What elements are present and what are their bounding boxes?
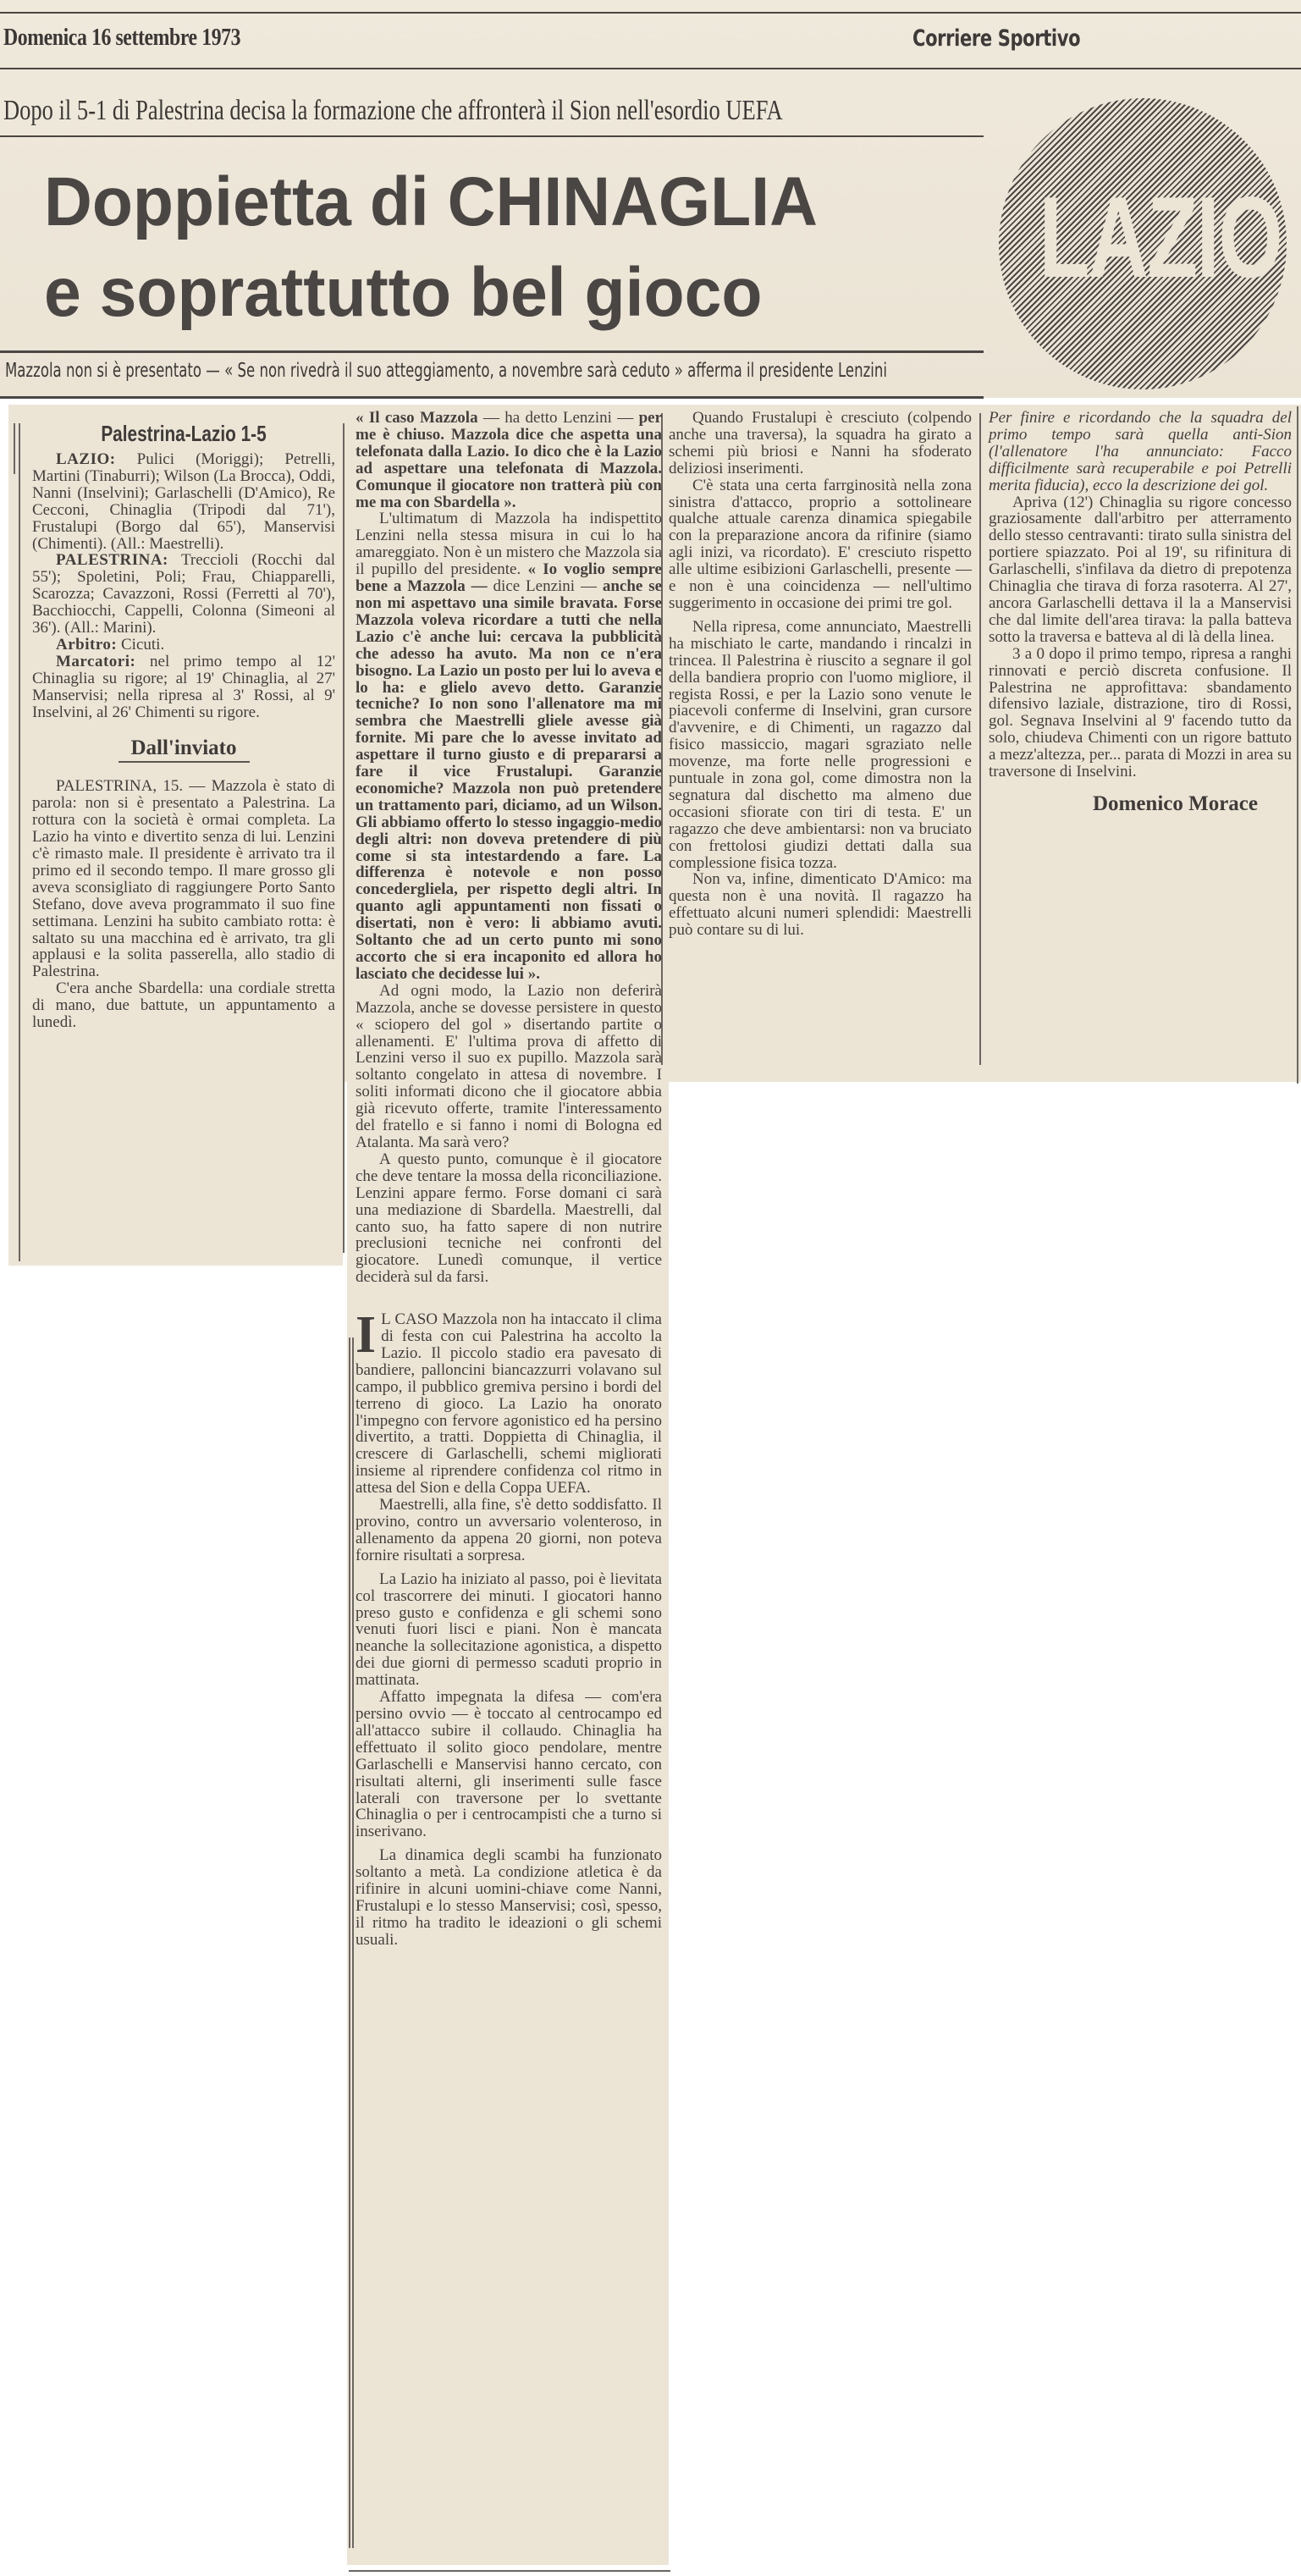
section-label: Dall'inviato: [32, 740, 335, 757]
article-paragraph: Quando Frustalupi è cresciuto (colpendo …: [669, 410, 972, 477]
column-rule: [1297, 406, 1298, 1084]
kicker-headline: Dopo il 5-1 di Palestrina decisa la form…: [3, 95, 783, 127]
lazio-badge-icon: LAZIO: [999, 98, 1287, 389]
article-paragraph: Ad ogni modo, la Lazio non deferirà Mazz…: [356, 983, 662, 1151]
referee: Arbitro: Cicuti.: [32, 637, 335, 654]
lazio-badge-text: LAZIO: [1039, 179, 1247, 295]
author-byline: Domenico Morace: [989, 796, 1292, 813]
article-column-3: Quando Frustalupi è cresciuto (colpendo …: [669, 410, 972, 939]
newspaper-masthead: Corriere Sportivo: [912, 25, 1080, 52]
article-paragraph-dropcap: IL CASO Mazzola non ha intaccato il clim…: [356, 1311, 662, 1497]
article-paragraph: PALESTRINA, 15. — Mazzola è stato di par…: [32, 778, 335, 980]
drop-cap: I: [356, 1313, 376, 1357]
subheadline: Mazzola non si è presentato — « Se non r…: [5, 360, 887, 382]
dateline: Domenica 16 settembre 1973: [3, 24, 240, 52]
masthead-rule: [0, 68, 1301, 69]
article-column-1: Palestrina-Lazio 1-5 LAZIO: Pulici (Mori…: [32, 421, 335, 1031]
top-rule: [0, 12, 1301, 14]
column-rule: [343, 423, 345, 1253]
column-rule: [979, 413, 981, 1065]
article-paragraph: La Lazio ha iniziato al passo, poi è lie…: [356, 1571, 662, 1689]
article-quote: « Il caso Mazzola — ha detto Lenzini — p…: [356, 410, 662, 510]
article-paragraph: A questo punto, comunque è il giocatore …: [356, 1151, 662, 1286]
section-rule: [119, 761, 250, 763]
article-column-4: Per finire e ricordando che la squadra d…: [989, 410, 1292, 813]
match-result-title: Palestrina-Lazio 1-5: [63, 421, 305, 446]
article-paragraph: Non va, infine, dimenticato D'Amico: ma …: [669, 871, 972, 939]
scorers: Marcatori: nel primo tempo al 12' Chinag…: [32, 654, 335, 721]
main-headline-line-1: Doppietta di CHINAGLIA: [44, 168, 818, 237]
subhead-top-rule: [0, 350, 984, 353]
article-paragraph: La dinamica degli scambi ha funzionato s…: [356, 1847, 662, 1948]
article-paragraph: Apriva (12') Chinaglia su rigore concess…: [989, 494, 1292, 646]
article-column-2: « Il caso Mazzola — ha detto Lenzini — p…: [356, 410, 662, 1949]
headline-clipping: Domenica 16 settembre 1973 Corriere Spor…: [0, 0, 1301, 398]
lineup-lazio: LAZIO: Pulici (Moriggi); Petrelli, Marti…: [32, 451, 335, 552]
column-rule: [349, 1338, 350, 2548]
article-paragraph: Nella ripresa, come annunciato, Maestrel…: [669, 619, 972, 872]
main-headline-line-2: e soprattutto bel gioco: [44, 258, 762, 328]
subhead-bottom-rule: [0, 396, 984, 399]
article-paragraph: 3 a 0 dopo il primo tempo, ripresa a ran…: [989, 646, 1292, 781]
article-paragraph: L'ultimatum di Mazzola ha indispettito L…: [356, 510, 662, 982]
article-paragraph: Affatto impegnata la difesa — com'era pe…: [356, 1689, 662, 1840]
article-clipping-left-tail: [8, 1075, 343, 1266]
article-paragraph: Per finire e ricordando che la squadra d…: [989, 410, 1292, 494]
kicker-rule: [0, 135, 984, 137]
column-rule: [19, 423, 20, 1261]
column-rule: [14, 423, 15, 474]
article-paragraph: C'è stata una certa farrginosità nella z…: [669, 477, 972, 612]
article-paragraph: Maestrelli, alla fine, s'è detto soddisf…: [356, 1497, 662, 1564]
bottom-rule: [349, 2570, 670, 2572]
lineup-palestrina: PALESTRINA: Treccioli (Rocchi dal 55'); …: [32, 552, 335, 637]
column-rule: [352, 1338, 354, 2548]
article-paragraph: C'era anche Sbardella: una cordiale stre…: [32, 980, 335, 1031]
